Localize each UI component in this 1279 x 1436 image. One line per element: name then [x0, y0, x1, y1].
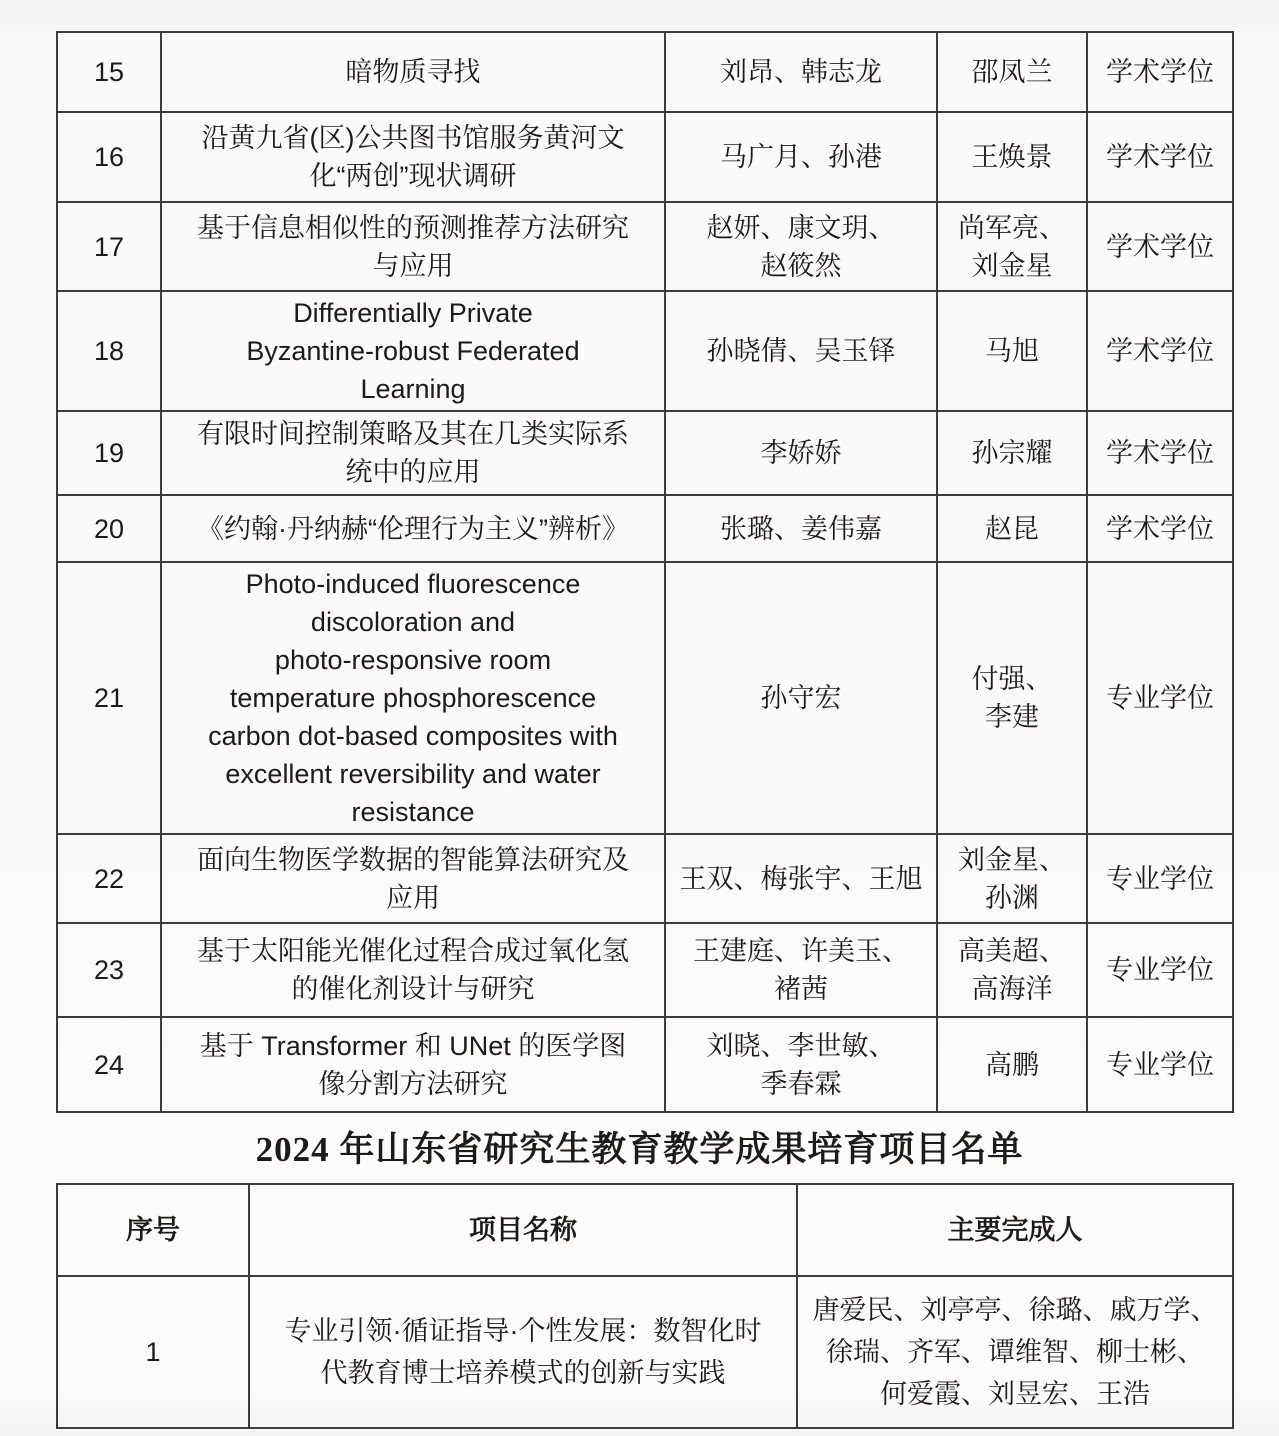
cell-participants: 王双、梅张宇、王旭: [665, 834, 937, 923]
cell-participants: 张璐、姜伟嘉: [665, 495, 937, 562]
cell-degree-type: 学术学位: [1087, 495, 1233, 562]
cell-advisors: 付强、 李建: [937, 562, 1087, 834]
table-row: 23 基于太阳能光催化过程合成过氧化氢 的催化剂设计与研究 王建庭、许美玉、 褚…: [57, 923, 1233, 1017]
cell-participants: 王建庭、许美玉、 褚茜: [665, 923, 937, 1017]
table-row: 24 基于 Transformer 和 UNet 的医学图 像分割方法研究 刘晓…: [57, 1017, 1233, 1112]
table-row: 1 专业引领·循证指导·个性发展：数智化时 代教育博士培养模式的创新与实践 唐爱…: [57, 1276, 1233, 1428]
section-title: 2024 年山东省研究生教育教学成果培育项目名单: [0, 1127, 1279, 1173]
cell-project-title: 面向生物医学数据的智能算法研究及 应用: [161, 834, 665, 923]
cell-advisors: 赵昆: [937, 495, 1087, 562]
cell-project-title: 有限时间控制策略及其在几类实际系 统中的应用: [161, 411, 665, 495]
header-main-contributors: 主要完成人: [797, 1184, 1233, 1276]
table-row: 16 沿黄九省(区)公共图书馆服务黄河文 化“两创”现状调研 马广月、孙港 王焕…: [57, 112, 1233, 202]
table-row: 19 有限时间控制策略及其在几类实际系 统中的应用 李娇娇 孙宗耀 学术学位: [57, 411, 1233, 495]
cell-advisors: 邵凤兰: [937, 32, 1087, 112]
cell-degree-type: 专业学位: [1087, 834, 1233, 923]
cell-participants: 李娇娇: [665, 411, 937, 495]
cell-project-title: 基于 Transformer 和 UNet 的医学图 像分割方法研究: [161, 1017, 665, 1112]
cell-participants: 孙晓倩、吴玉铎: [665, 291, 937, 411]
table-row: 15 暗物质寻找 刘昂、韩志龙 邵凤兰 学术学位: [57, 32, 1233, 112]
table-row: 20 《约翰·丹纳赫“伦理行为主义”辨析》 张璐、姜伟嘉 赵昆 学术学位: [57, 495, 1233, 562]
cell-serial: 16: [57, 112, 161, 202]
cell-advisors: 孙宗耀: [937, 411, 1087, 495]
cell-project-title: 基于太阳能光催化过程合成过氧化氢 的催化剂设计与研究: [161, 923, 665, 1017]
cell-main-contributors: 唐爱民、刘亭亭、徐璐、戚万学、 徐瑞、齐军、谭维智、柳士彬、 何爱霞、刘昱宏、王…: [797, 1276, 1233, 1428]
header-project-name: 项目名称: [249, 1184, 797, 1276]
cell-project-name: 专业引领·循证指导·个性发展：数智化时 代教育博士培养模式的创新与实践: [249, 1276, 797, 1428]
cell-advisors: 高美超、 高海洋: [937, 923, 1087, 1017]
cell-participants: 马广月、孙港: [665, 112, 937, 202]
cell-advisors: 尚军亮、 刘金星: [937, 202, 1087, 291]
cell-serial: 19: [57, 411, 161, 495]
cell-advisors: 王焕景: [937, 112, 1087, 202]
cell-degree-type: 学术学位: [1087, 112, 1233, 202]
document-page: 15 暗物质寻找 刘昂、韩志龙 邵凤兰 学术学位 16 沿黄九省(区)公共图书馆…: [0, 0, 1279, 1436]
cell-participants: 孙守宏: [665, 562, 937, 834]
table-row: 22 面向生物医学数据的智能算法研究及 应用 王双、梅张宇、王旭 刘金星、 孙渊…: [57, 834, 1233, 923]
cell-project-title: 沿黄九省(区)公共图书馆服务黄河文 化“两创”现状调研: [161, 112, 665, 202]
cell-degree-type: 专业学位: [1087, 923, 1233, 1017]
cell-serial: 15: [57, 32, 161, 112]
table-row: 21 Photo-induced fluorescence discolorat…: [57, 562, 1233, 834]
cell-participants: 刘晓、李世敏、 季春霖: [665, 1017, 937, 1112]
cell-participants: 赵妍、康文玥、 赵筱然: [665, 202, 937, 291]
cell-degree-type: 学术学位: [1087, 32, 1233, 112]
cultivation-projects-table: 序号 项目名称 主要完成人 1 专业引领·循证指导·个性发展：数智化时 代教育博…: [56, 1183, 1234, 1429]
cell-degree-type: 专业学位: [1087, 1017, 1233, 1112]
cell-participants: 刘昂、韩志龙: [665, 32, 937, 112]
cell-degree-type: 学术学位: [1087, 291, 1233, 411]
cell-project-title: Photo-induced fluorescence discoloration…: [161, 562, 665, 834]
cell-serial: 21: [57, 562, 161, 834]
cell-project-title: 《约翰·丹纳赫“伦理行为主义”辨析》: [161, 495, 665, 562]
cell-advisors: 马旭: [937, 291, 1087, 411]
cell-serial: 17: [57, 202, 161, 291]
cell-degree-type: 专业学位: [1087, 562, 1233, 834]
table-header-row: 序号 项目名称 主要完成人: [57, 1184, 1233, 1276]
cell-degree-type: 学术学位: [1087, 202, 1233, 291]
cell-serial: 24: [57, 1017, 161, 1112]
cell-serial: 22: [57, 834, 161, 923]
table-row: 18 Differentially Private Byzantine-robu…: [57, 291, 1233, 411]
cell-advisors: 高鹏: [937, 1017, 1087, 1112]
cell-serial: 18: [57, 291, 161, 411]
cell-serial: 20: [57, 495, 161, 562]
cell-serial: 23: [57, 923, 161, 1017]
cell-project-title: 基于信息相似性的预测推荐方法研究 与应用: [161, 202, 665, 291]
degree-projects-table: 15 暗物质寻找 刘昂、韩志龙 邵凤兰 学术学位 16 沿黄九省(区)公共图书馆…: [56, 31, 1234, 1113]
cell-degree-type: 学术学位: [1087, 411, 1233, 495]
cell-project-title: 暗物质寻找: [161, 32, 665, 112]
table-row: 17 基于信息相似性的预测推荐方法研究 与应用 赵妍、康文玥、 赵筱然 尚军亮、…: [57, 202, 1233, 291]
header-serial: 序号: [57, 1184, 249, 1276]
cell-project-title: Differentially Private Byzantine-robust …: [161, 291, 665, 411]
cell-advisors: 刘金星、 孙渊: [937, 834, 1087, 923]
cell-serial: 1: [57, 1276, 249, 1428]
